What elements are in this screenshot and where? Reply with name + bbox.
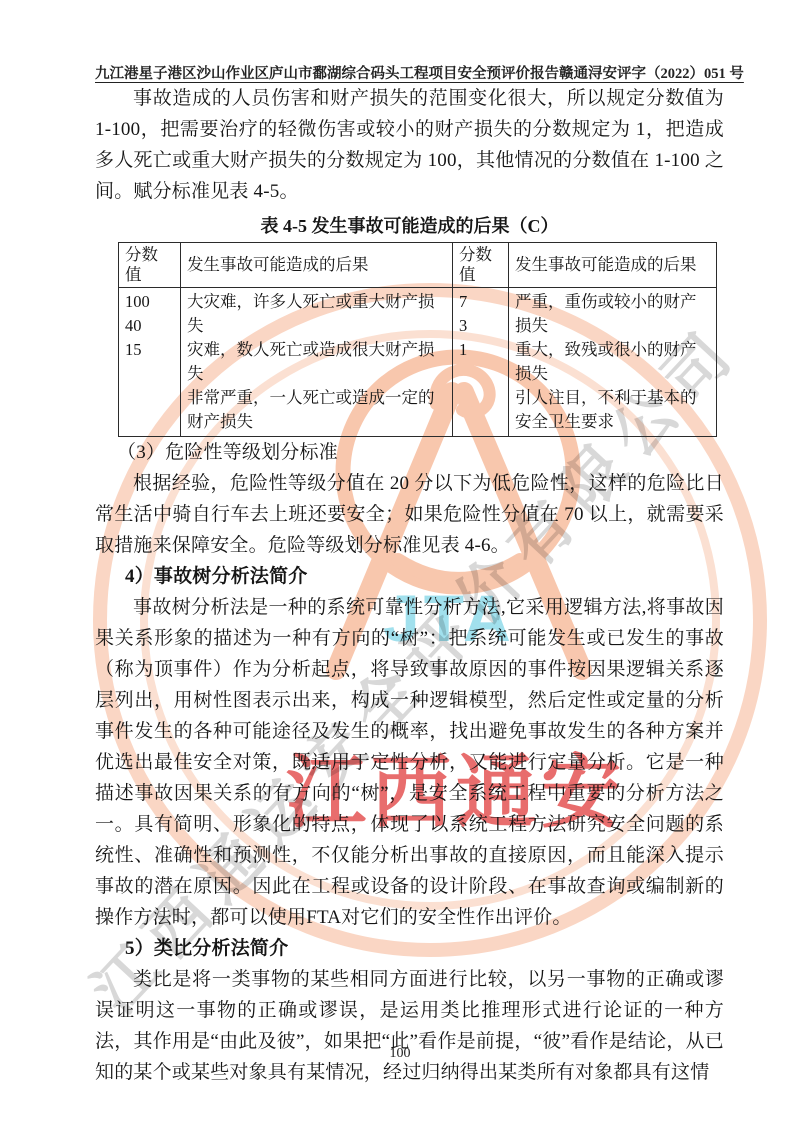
paragraph-risk-grade: 根据经验，危险性等级分值在 20 分以下为低危险性，这样的危险比日常生活中骑自行… <box>95 468 724 561</box>
paragraph-fault-tree: 事故树分析法是一种的系统可靠性分析方法,它采用逻辑方法,将事故因果关系形象的描述… <box>95 592 724 933</box>
cell-scores-left: 1004015 <box>119 288 181 437</box>
report-title: 九江港星子港区沙山作业区庐山市鄱湖综合码头工程项目安全预评价报告 <box>95 62 559 83</box>
content-column: 九江港星子港区沙山作业区庐山市鄱湖综合码头工程项目安全预评价报告 赣通浔安评字（… <box>95 62 724 1088</box>
col-header-consequence-right: 发生事故可能造成的后果 <box>509 243 717 288</box>
table-row: 1004015 大灾难，许多人死亡或重大财产损失灾难，数人死亡或造成很大财产损失… <box>119 288 717 437</box>
page-header: 九江港星子港区沙山作业区庐山市鄱湖综合码头工程项目安全预评价报告 赣通浔安评字（… <box>95 62 724 83</box>
table-header-row: 分数值 发生事故可能造成的后果 分数值 发生事故可能造成的后果 <box>119 243 717 288</box>
heading-analogy-method: 5）类比分析法简介 <box>95 933 724 964</box>
heading-risk-grade-criteria: （3）危险性等级划分标准 <box>95 437 724 468</box>
heading-fault-tree-method: 4）事故树分析法简介 <box>95 561 724 592</box>
paragraph-scoring-intro: 事故造成的人员伤害和财产损失的范围变化很大，所以规定分数值为 1-100，把需要… <box>95 83 724 207</box>
cell-consequences-right: 严重，重伤或较小的财产损失重大，致残或很小的财产损失引人注目，不利于基本的安全卫… <box>509 288 717 437</box>
col-header-consequence-left: 发生事故可能造成的后果 <box>181 243 453 288</box>
doc-number: 赣通浔安评字（2022）051 号 <box>559 62 744 83</box>
page-number: 100 <box>0 1046 800 1062</box>
cell-consequences-left: 大灾难，许多人死亡或重大财产损失灾难，数人死亡或造成很大财产损失非常严重，一人死… <box>181 288 453 437</box>
document-page: 江西通运安全评价有限公司 JTA 江西通安 九江港星子港区沙山作业区庐山市鄱湖综… <box>0 0 800 1131</box>
col-header-score-left: 分数值 <box>119 243 181 288</box>
table-caption: 表 4-5 发生事故可能造成的后果（C） <box>95 213 724 239</box>
table-4-5-consequences: 分数值 发生事故可能造成的后果 分数值 发生事故可能造成的后果 1004015 … <box>118 242 717 437</box>
paragraph-analogy: 类比是将一类事物的某些相同方面进行比较，以另一事物的正确或谬误证明这一事物的正确… <box>95 964 724 1088</box>
col-header-score-right: 分数值 <box>453 243 509 288</box>
cell-scores-right: 731 <box>453 288 509 437</box>
